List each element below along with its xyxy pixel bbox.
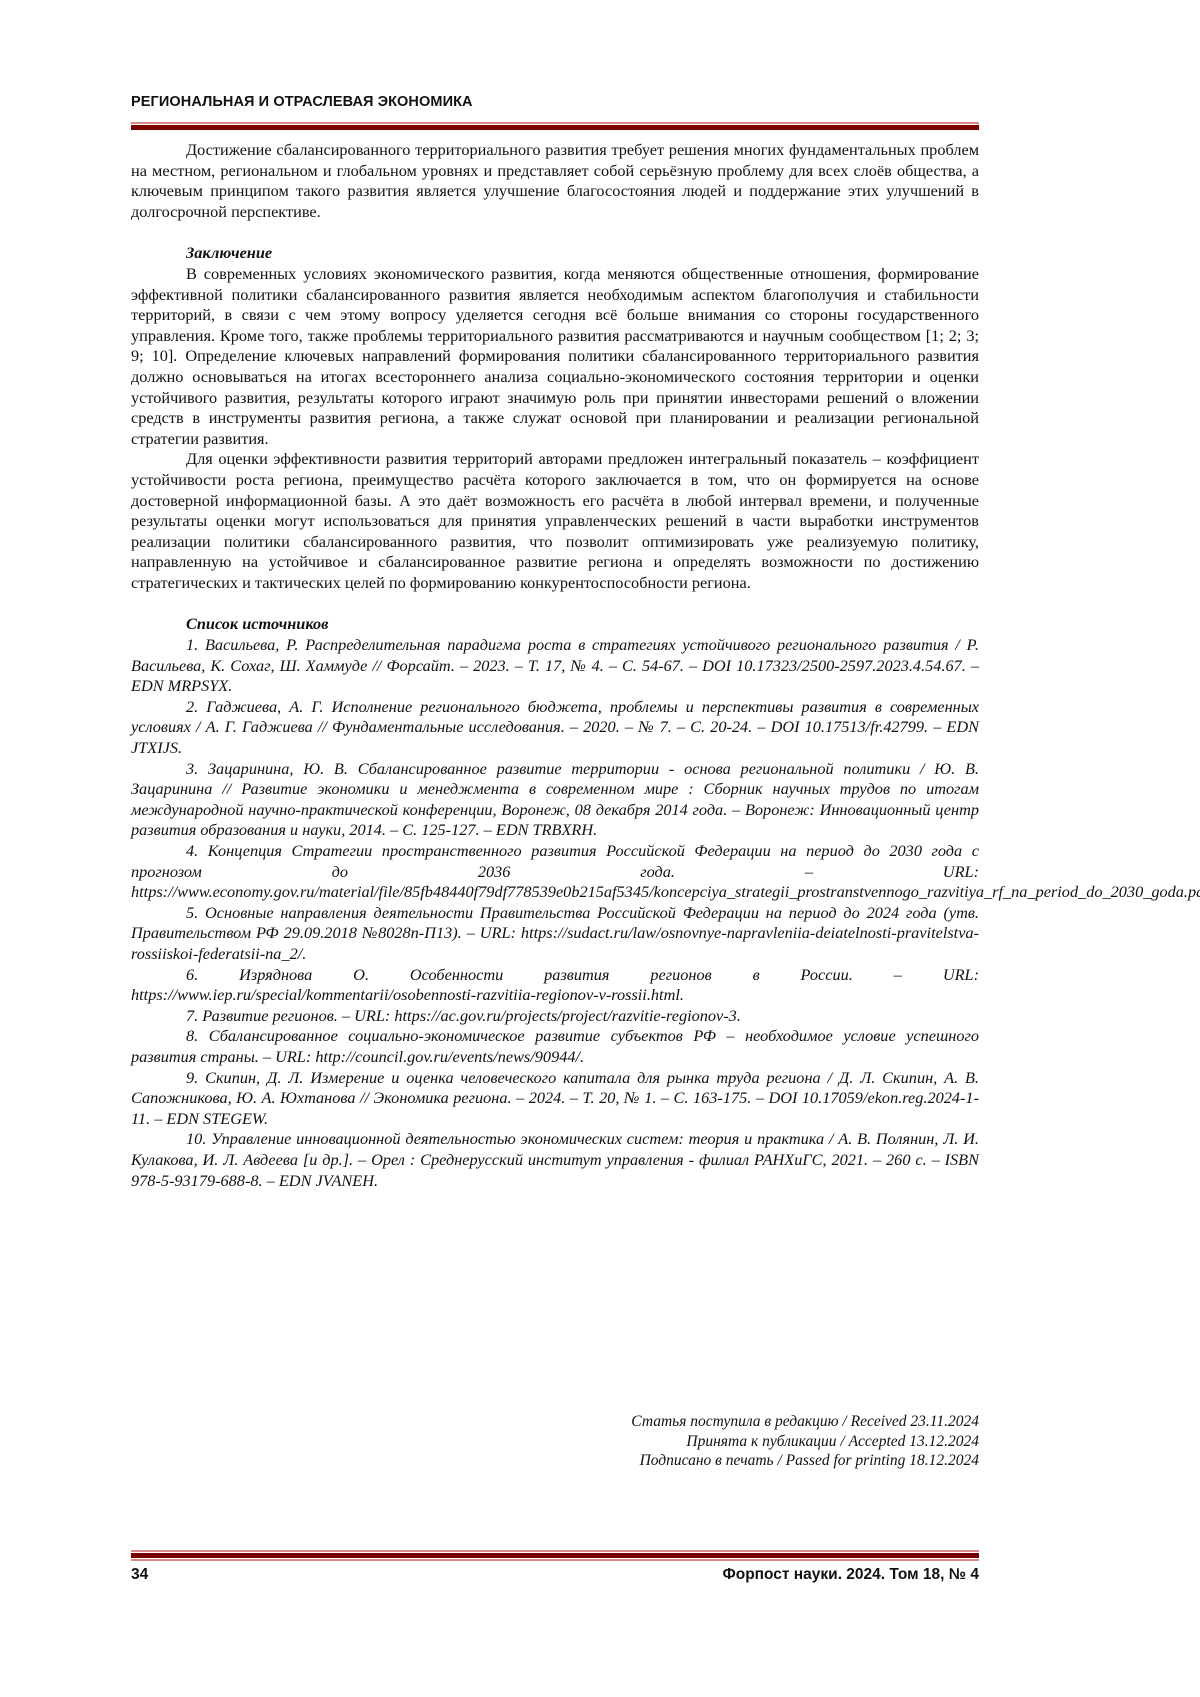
spacer — [131, 222, 979, 243]
conclusion-heading: Заключение — [131, 243, 979, 264]
header-rule — [131, 122, 979, 130]
reference-item: 6. Изряднова О. Особенности развития рег… — [131, 965, 979, 1006]
intro-paragraph: Достижение сбалансированного территориал… — [131, 140, 979, 222]
reference-item: 3. Зацаринина, Ю. В. Сбалансированное ра… — [131, 759, 979, 841]
reference-item: 1. Васильева, Р. Распределительная парад… — [131, 635, 979, 697]
article-body: Достижение сбалансированного территориал… — [131, 140, 979, 1191]
reference-item: 9. Скипин, Д. Л. Измерение и оценка чело… — [131, 1068, 979, 1130]
references-list: 1. Васильева, Р. Распределительная парад… — [131, 635, 979, 1191]
reference-item: 8. Сбалансированное социально-экономичес… — [131, 1026, 979, 1067]
printing-date: Подписано в печать / Passed for printing… — [631, 1451, 979, 1471]
references-heading: Список источников — [131, 614, 979, 635]
header-rule-thick — [131, 125, 979, 130]
reference-item: 5. Основные направления деятельности Пра… — [131, 903, 979, 965]
footer-rule-thin — [131, 1550, 979, 1552]
spacer — [131, 593, 979, 614]
received-date: Статья поступила в редакцию / Received 2… — [631, 1412, 979, 1432]
header-rule-thin — [131, 122, 979, 124]
conclusion-paragraph-1: В современных условиях экономического ра… — [131, 264, 979, 449]
reference-item: 2. Гаджиева, А. Г. Исполнение региональн… — [131, 697, 979, 759]
running-head-section-title: РЕГИОНАЛЬНАЯ И ОТРАСЛЕВАЯ ЭКОНОМИКА — [131, 94, 473, 110]
accepted-date: Принята к публикации / Accepted 13.12.20… — [631, 1432, 979, 1452]
footer-rule-thick — [131, 1553, 979, 1558]
reference-item: 7. Развитие регионов. – URL: https://ac.… — [131, 1006, 979, 1027]
footer-rule — [131, 1550, 979, 1561]
page-number: 34 — [131, 1566, 148, 1584]
reference-item: 4. Концепция Стратегии пространственного… — [131, 841, 979, 903]
reference-item: 10. Управление инновационной деятельност… — [131, 1129, 979, 1191]
article-dates: Статья поступила в редакцию / Received 2… — [631, 1412, 979, 1471]
journal-info: Форпост науки. 2024. Том 18, № 4 — [723, 1566, 980, 1584]
footer-rule-thin-lower — [131, 1559, 979, 1561]
conclusion-paragraph-2: Для оценки эффективности развития террит… — [131, 449, 979, 593]
